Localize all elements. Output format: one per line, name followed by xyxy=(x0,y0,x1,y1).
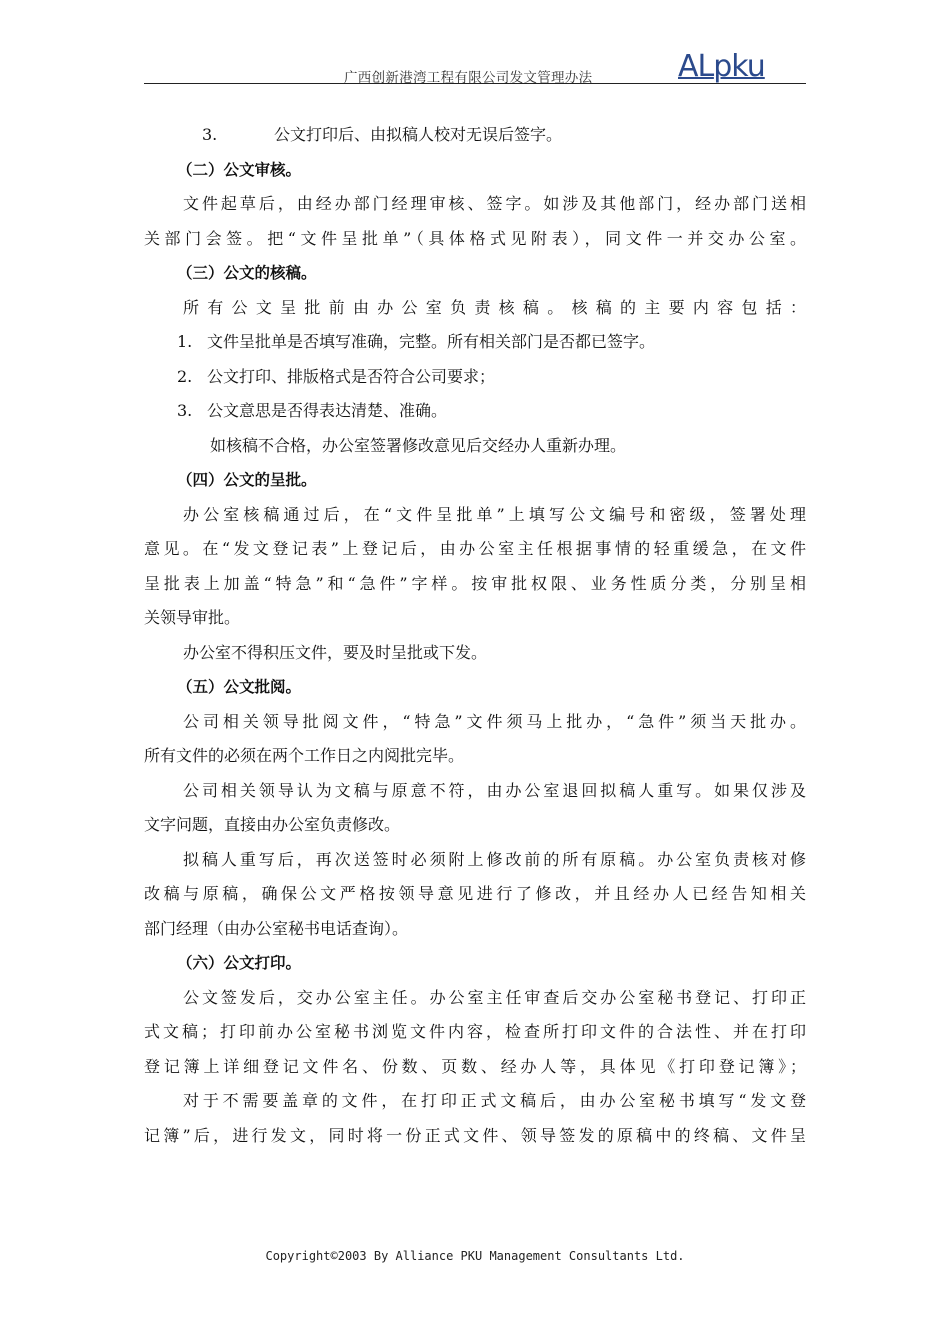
paragraph-line: 办公室核稿通过后，在“文件呈批单”上填写公文编号和密级，签署处理 xyxy=(144,498,806,533)
paragraph-line: 改稿与原稿，确保公文严格按领导意见进行了修改，并且经办人已经告知相关 xyxy=(144,877,806,912)
paragraph-line: 关领导审批。 xyxy=(144,601,806,636)
list-number: 1. xyxy=(177,325,207,360)
list-item: 1.文件呈批单是否填写准确，完整。所有相关部门是否都已签字。 xyxy=(144,325,806,360)
logo-text: ALpku xyxy=(678,49,765,84)
list-number: 3. xyxy=(202,118,274,153)
paragraph-line: 对于不需要盖章的文件，在打印正式文稿后，由办公室秘书填写“发文登 xyxy=(144,1084,806,1119)
section-heading: （二）公文审核。 xyxy=(144,153,806,188)
paragraph-line: 所有文件的必须在两个工作日之内阅批完毕。 xyxy=(144,739,806,774)
section-heading: （四）公文的呈批。 xyxy=(144,463,806,498)
paragraph-line: 式文稿；打印前办公室秘书浏览文件内容，检查所打印文件的合法性、并在打印 xyxy=(144,1015,806,1050)
section-heading: （六）公文打印。 xyxy=(144,946,806,981)
paragraph-line: 记簿”后，进行发文，同时将一份正式文件、领导签发的原稿中的终稿、文件呈 xyxy=(144,1119,806,1154)
paragraph-line: 如核稿不合格，办公室签署修改意见后交经办人重新办理。 xyxy=(144,429,806,464)
paragraph-line: 文件起草后，由经办部门经理审核、签字。如涉及其他部门，经办部门送相 xyxy=(144,187,806,222)
list-item: 3.公文打印后、由拟稿人校对无误后签字。 xyxy=(144,118,806,153)
page-header: 广西创新港湾工程有限公司发文管理办法 ALpku xyxy=(144,52,806,84)
paragraph-line: 拟稿人重写后，再次送签时必须附上修改前的所有原稿。办公室负责核对修 xyxy=(144,843,806,878)
list-item: 3.公文意思是否得表达清楚、准确。 xyxy=(144,394,806,429)
section-heading: （五）公文批阅。 xyxy=(144,670,806,705)
list-text: 公文打印、排版格式是否符合公司要求； xyxy=(207,367,495,386)
list-number: 3. xyxy=(177,394,207,429)
list-number: 2. xyxy=(177,360,207,395)
section-heading: （三）公文的核稿。 xyxy=(144,256,806,291)
paragraph-line: 意见。在“发文登记表”上登记后，由办公室主任根据事情的轻重缓急，在文件 xyxy=(144,532,806,567)
paragraph-line: 部门经理（由办公室秘书电话查询）。 xyxy=(144,912,806,947)
copyright-footer: Copyright©2003 By Alliance PKU Managemen… xyxy=(0,1249,950,1263)
paragraph-line: 登记簿上详细登记文件名、份数、页数、经办人等，具体见《打印登记簿》； xyxy=(144,1050,806,1085)
paragraph-line: 呈批表上加盖“特急”和“急件”字样。按审批权限、业务性质分类，分别呈相 xyxy=(144,567,806,602)
paragraph-line: 关部门会签。把“文件呈批单”（具体格式见附表），同文件一并交办公室。 xyxy=(144,222,806,257)
list-item: 2.公文打印、排版格式是否符合公司要求； xyxy=(144,360,806,395)
header-divider xyxy=(144,83,806,84)
document-body: 3.公文打印后、由拟稿人校对无误后签字。（二）公文审核。文件起草后，由经办部门经… xyxy=(144,118,806,1153)
paragraph-line: 办公室不得积压文件，要及时呈批或下发。 xyxy=(144,636,806,671)
paragraph-line: 公司相关领导批阅文件，“特急”文件须马上批办，“急件”须当天批办。 xyxy=(144,705,806,740)
paragraph-line: 文字问题，直接由办公室负责修改。 xyxy=(144,808,806,843)
list-text: 公文打印后、由拟稿人校对无误后签字。 xyxy=(274,125,562,144)
paragraph-line: 所有公文呈批前由办公室负责核稿。核稿的主要内容包括： xyxy=(144,291,806,326)
paragraph-line: 公司相关领导认为文稿与原意不符，由办公室退回拟稿人重写。如果仅涉及 xyxy=(144,774,806,809)
list-text: 公文意思是否得表达清楚、准确。 xyxy=(207,401,447,420)
list-text: 文件呈批单是否填写准确，完整。所有相关部门是否都已签字。 xyxy=(207,332,655,351)
paragraph-line: 公文签发后，交办公室主任。办公室主任审查后交办公室秘书登记、打印正 xyxy=(144,981,806,1016)
